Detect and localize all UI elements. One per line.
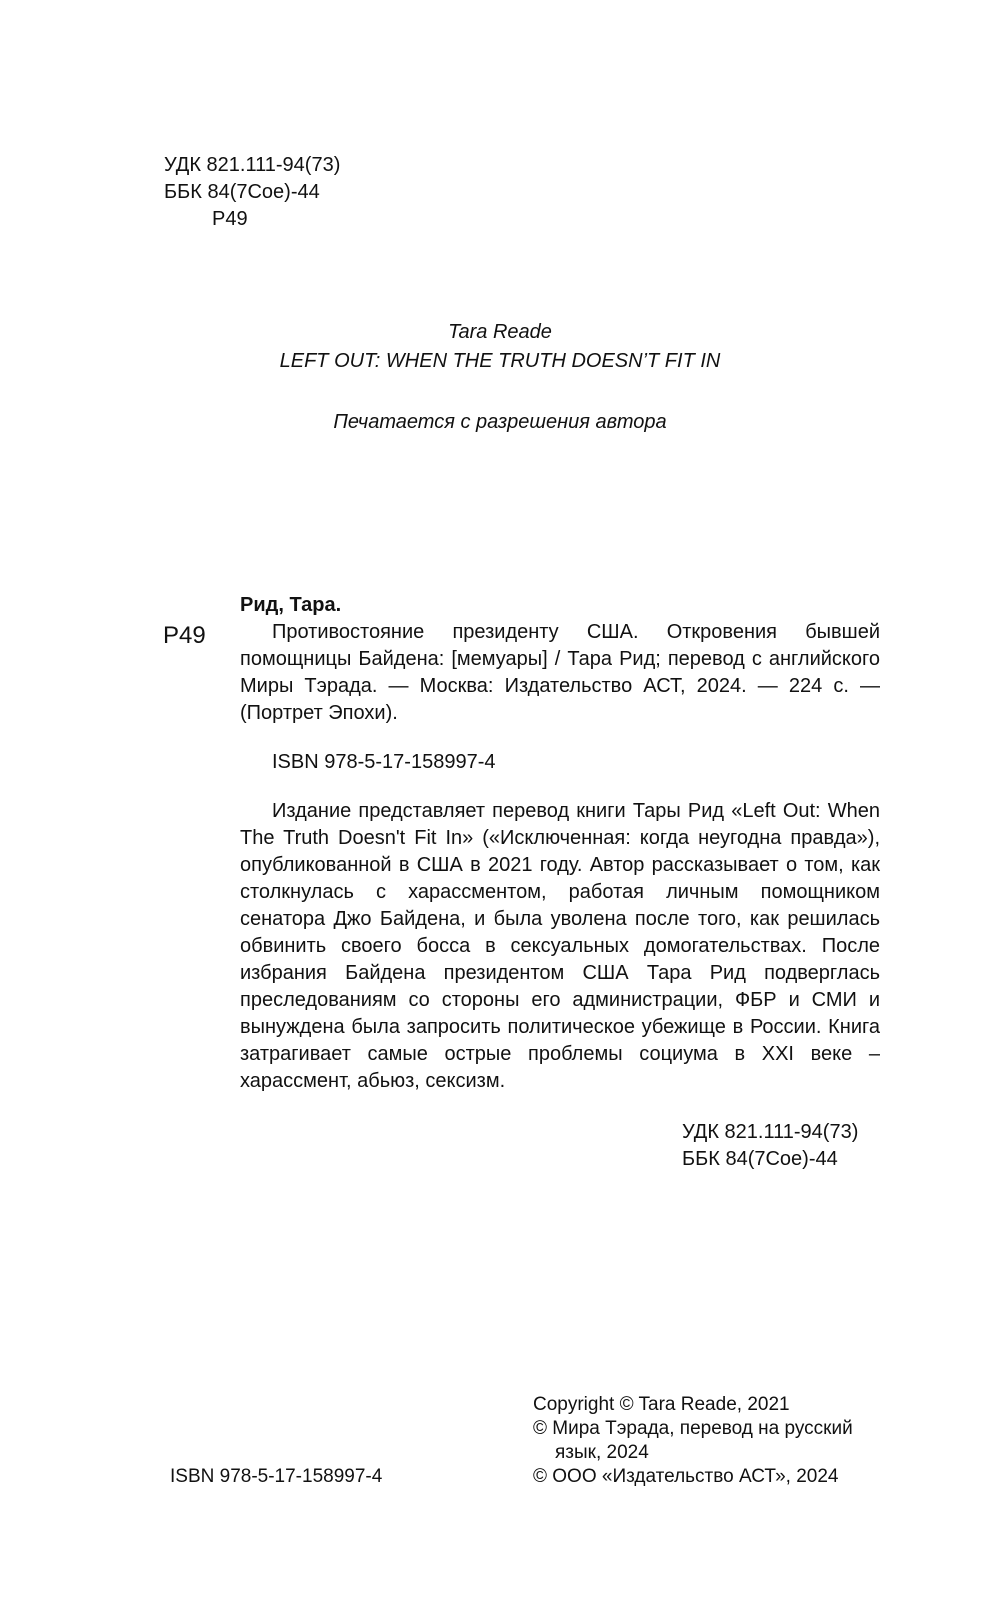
catalog-description: Противостояние президенту США. Откровени… — [240, 619, 880, 727]
top-classification-block: УДК 821.111-94(73) ББК 84(7Сое)-44 Р49 — [164, 152, 340, 233]
catalog-author: Рид, Тара. — [240, 592, 880, 619]
catalog-card: Рид, Тара. Противостояние президенту США… — [240, 592, 880, 1173]
copyright-line-translation-cont: язык, 2024 — [533, 1441, 853, 1465]
permission-note: Печатается с разрешения автора — [0, 408, 1000, 437]
footer-isbn: ISBN 978-5-17-158997-4 — [170, 1465, 382, 1489]
original-author: Tara Reade — [0, 318, 1000, 347]
copyright-line-translation: © Мира Тэрада, перевод на русский — [533, 1417, 853, 1441]
copyright-line-publisher: © ООО «Издательство АСТ», 2024 — [533, 1465, 853, 1489]
original-title: LEFT OUT: WHEN THE TRUTH DOESN’T FIT IN — [0, 347, 1000, 376]
copyright-line-original: Copyright © Tara Reade, 2021 — [533, 1393, 853, 1417]
copyright-block: Copyright © Tara Reade, 2021 © Мира Тэра… — [533, 1393, 853, 1489]
original-edition-block: Tara Reade LEFT OUT: WHEN THE TRUTH DOES… — [0, 318, 1000, 437]
catalog-bbk: ББК 84(7Сое)-44 — [682, 1146, 880, 1173]
annotation: Издание представляет перевод книги Тары … — [240, 798, 880, 1095]
catalog-udk: УДК 821.111-94(73) — [682, 1119, 880, 1146]
author-sign: Р49 — [164, 206, 340, 233]
catalog-classification: УДК 821.111-94(73) ББК 84(7Сое)-44 — [240, 1119, 880, 1173]
udk-code: УДК 821.111-94(73) — [164, 152, 340, 179]
bbk-code: ББК 84(7Сое)-44 — [164, 179, 340, 206]
catalog-card-author-sign: Р49 — [163, 621, 206, 651]
catalog-isbn: ISBN 978-5-17-158997-4 — [240, 749, 880, 776]
